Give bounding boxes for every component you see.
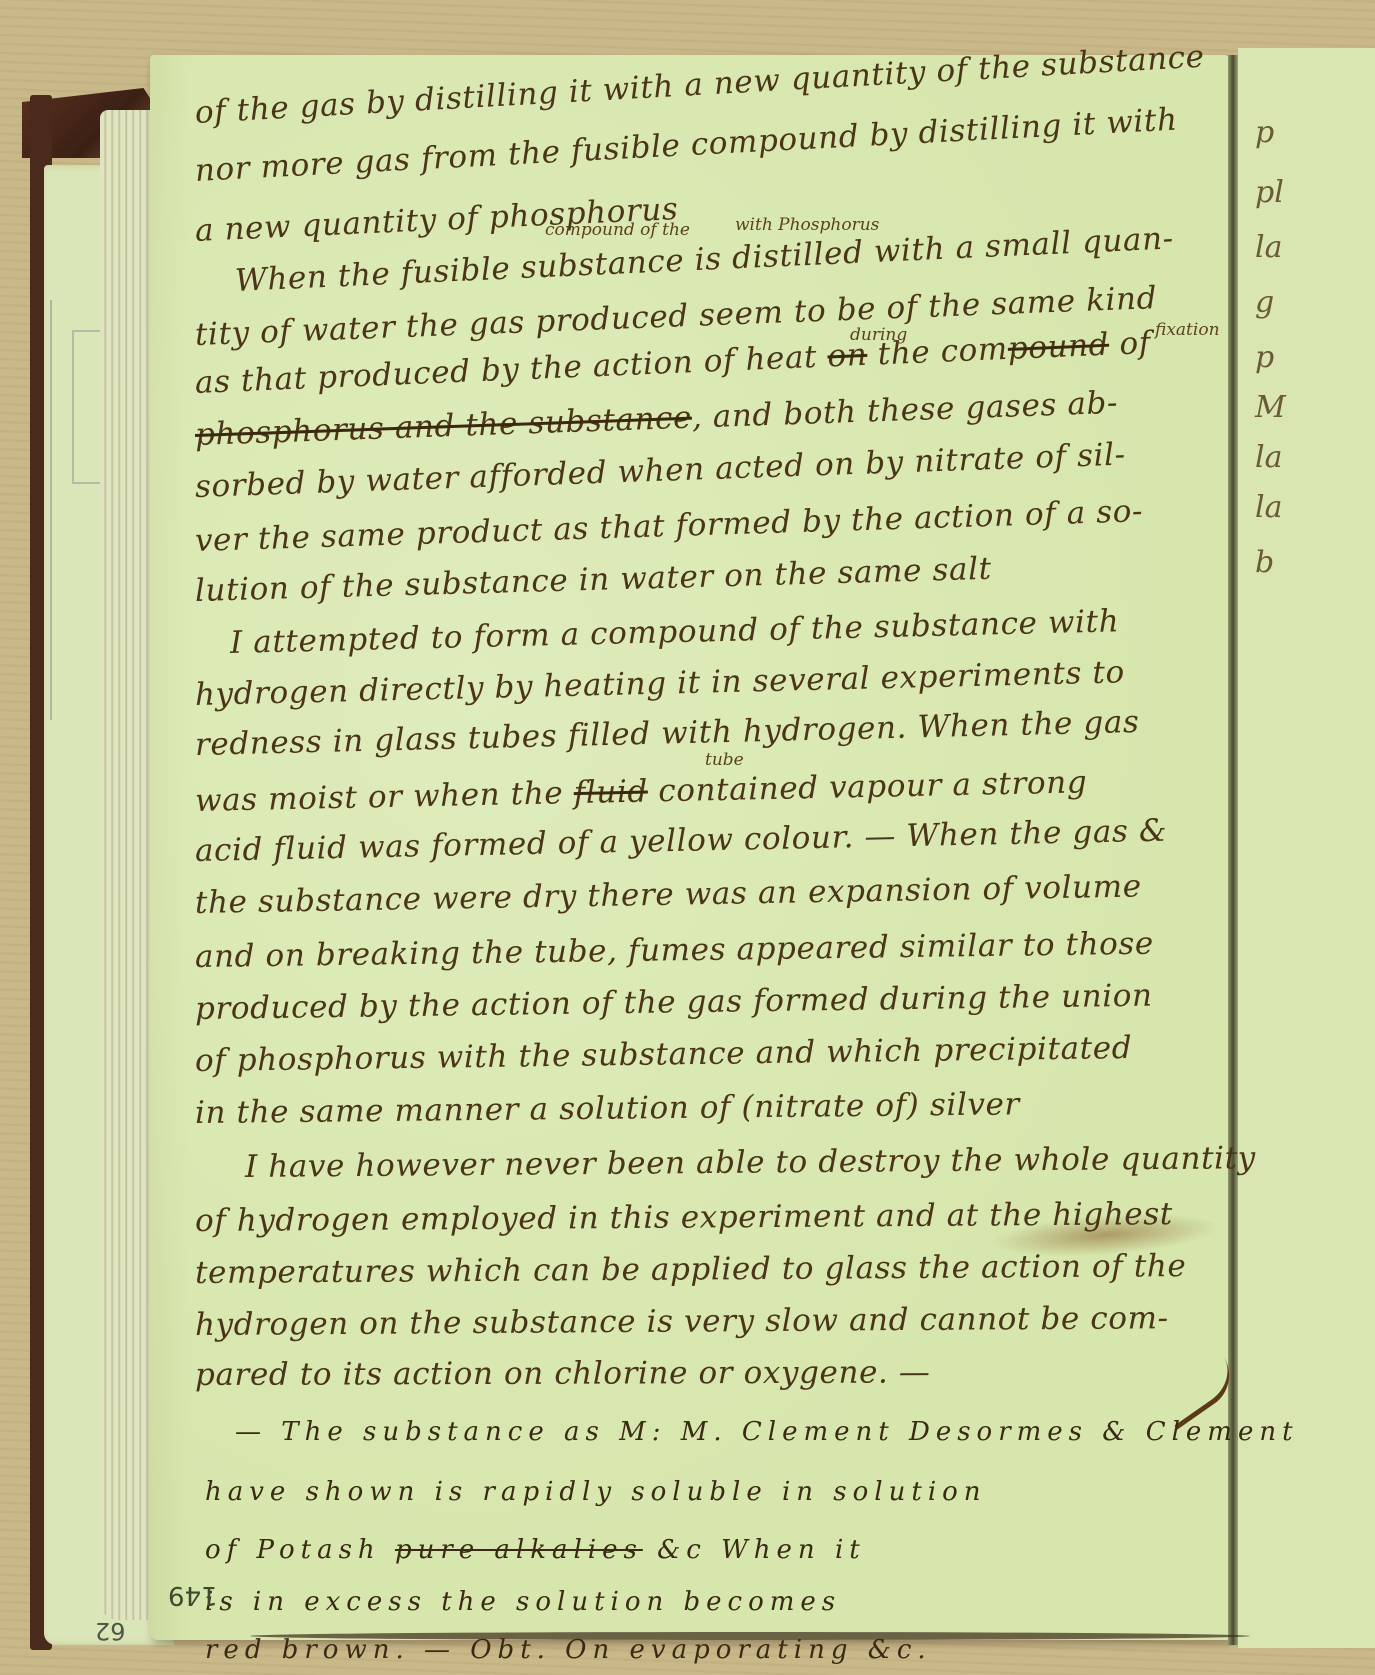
line-text: pared to its action on chlorine or oxyge… [195, 1354, 931, 1393]
facing-page-fragment: p [1255, 340, 1274, 375]
postscript-text: &c When it [643, 1535, 866, 1565]
interlinear-insertion: fixation [1155, 320, 1220, 340]
struck-text: fluid [573, 774, 648, 812]
line-text: of hydrogen employed in this experiment … [195, 1196, 1173, 1239]
flyleaf-number: 62 [95, 1617, 126, 1645]
stacked-page-edges [100, 110, 155, 1620]
postscript-line: have shown is rapidly soluble in solutio… [205, 1477, 987, 1507]
line-text: hydrogen on the substance is very slow a… [195, 1300, 1169, 1343]
line-text: temperatures which can be applied to gla… [195, 1248, 1187, 1291]
interlinear-insertion: with Phosphorus [735, 215, 879, 235]
postscript-text: have shown is rapidly soluble in solutio… [205, 1477, 987, 1507]
postscript-line: — The substance as M: M. Clement Desorme… [235, 1417, 1299, 1447]
facing-page-fragment: b [1255, 545, 1274, 580]
manuscript-line: hydrogen on the substance is very slow a… [195, 1300, 1169, 1343]
book-gutter [1228, 55, 1238, 1645]
manuscript-line: of hydrogen employed in this experiment … [195, 1196, 1173, 1239]
facing-page-fragment: la [1255, 490, 1282, 525]
struck-text: pure alkalies [395, 1535, 643, 1565]
facing-page-fragment: g [1255, 285, 1274, 320]
folio-number: 149 [168, 1580, 218, 1610]
postscript-line: is in excess the solution becomes [205, 1587, 841, 1617]
postscript-line: of Potash pure alkalies &c When it [205, 1535, 866, 1565]
manuscript-line: pared to its action on chlorine or oxyge… [195, 1354, 931, 1393]
postscript-text: is in excess the solution becomes [205, 1587, 841, 1617]
interlinear-insertion: during [850, 325, 907, 345]
facing-page-fragment: pl [1255, 175, 1284, 210]
facing-page-fragment: p [1255, 115, 1274, 150]
postscript-text: of Potash [205, 1535, 395, 1565]
interlinear-insertion: tube [705, 750, 744, 770]
manuscript-line: temperatures which can be applied to gla… [195, 1248, 1187, 1291]
postscript-line: red brown. — Obt. On evaporating &c. [205, 1635, 932, 1665]
postscript-text: red brown. — Obt. On evaporating &c. [205, 1635, 932, 1665]
facing-page-fragment: M [1255, 390, 1286, 425]
facing-page-fragment: la [1255, 440, 1282, 475]
line-text: of [1108, 325, 1151, 363]
facing-page-fragment: la [1255, 230, 1282, 265]
interlinear-insertion: compound of the [545, 220, 690, 240]
struck-text: pound [1007, 327, 1110, 367]
postscript-text: — The substance as M: M. Clement Desorme… [235, 1417, 1299, 1447]
